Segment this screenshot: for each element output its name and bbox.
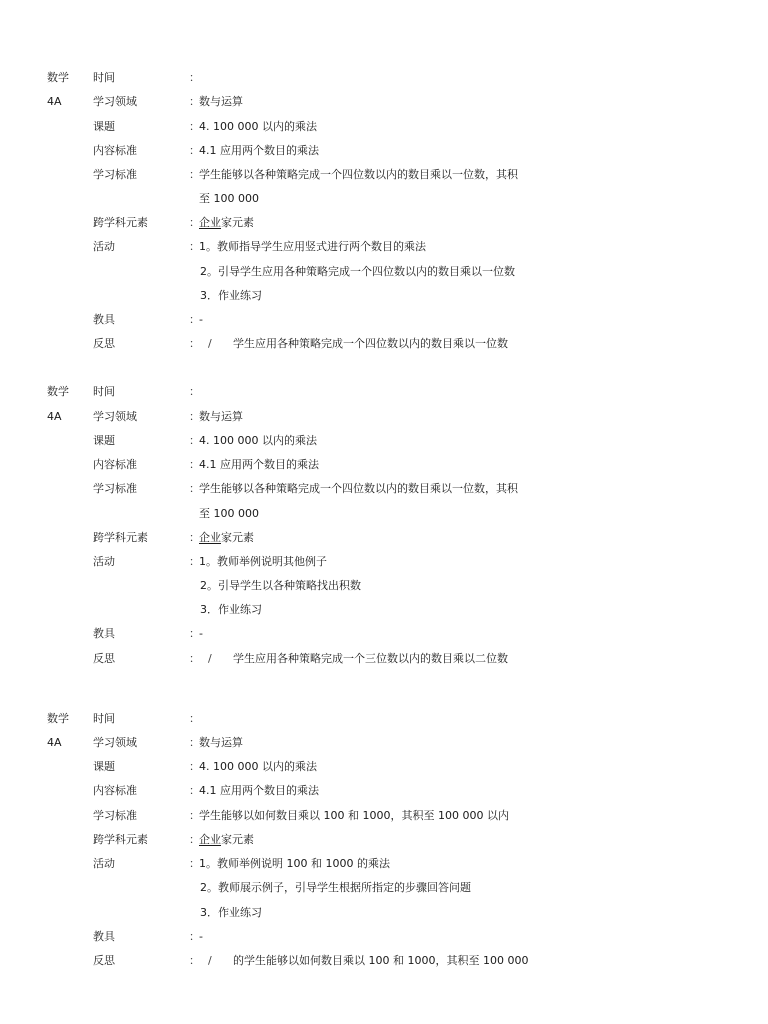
row-content-standard: 内容标准 ： 4.1 应用两个数目的乘法 [0, 456, 768, 474]
reflection-value: 学生应用各种策略完成一个三位数以内的数目乘以二位数 [233, 650, 508, 668]
learning-standard-label: 学习标准 [93, 166, 137, 184]
time-label: 时间 [93, 383, 115, 401]
row-reflection: 反思 ： / 学生应用各种策略完成一个三位数以内的数目乘以二位数 [0, 650, 768, 668]
row-learning-standard-cont: 至 100 000 [0, 190, 768, 208]
row-learning-standard: 学习标准 ： 学生能够以各种策略完成一个四位数以内的数目乘以一位数，其积 [0, 166, 768, 184]
row-content-standard: 内容标准 ： 4.1 应用两个数目的乘法 [0, 782, 768, 800]
learning-standard-value-line-1: 学生能够以如何数目乘以 100 和 1000，其积至 100 000 以内 [199, 807, 509, 825]
learning-standard-value-line-2: 至 100 000 [199, 190, 259, 208]
cross-curricular-underlined: 企业 [199, 833, 221, 846]
row-learning-standard: 学习标准 ： 学生能够以各种策略完成一个四位数以内的数目乘以一位数，其积 [0, 480, 768, 498]
activity-item-3: 3．作业练习 [200, 287, 262, 305]
tools-label: 教具 [93, 625, 115, 643]
content-standard-label: 内容标准 [93, 782, 137, 800]
reflection-label: 反思 [93, 650, 115, 668]
content-standard-label: 内容标准 [93, 142, 137, 160]
cross-curricular-value: 企业家元素 [199, 529, 254, 547]
row-activity-3: 3．作业练习 [0, 287, 768, 305]
content-standard-label: 内容标准 [93, 456, 137, 474]
row-tools: 教具 ： - [0, 311, 768, 329]
topic-label: 课题 [93, 118, 115, 136]
reflection-slash: / [208, 650, 212, 668]
time-label: 时间 [93, 69, 115, 87]
row-cross-curricular: 跨学科元素 ： 企业家元素 [0, 831, 768, 849]
tools-value: - [199, 311, 203, 329]
reflection-label: 反思 [93, 952, 115, 970]
topic-value: 4. 100 000 以内的乘法 [199, 758, 317, 776]
row-area: 4A 学习领域 ： 数与运算 [0, 93, 768, 111]
row-area: 4A 学习领域 ： 数与运算 [0, 734, 768, 752]
row-area: 4A 学习领域 ： 数与运算 [0, 408, 768, 426]
row-activity-1: 活动 ： 1。教师举例说明其他例子 [0, 553, 768, 571]
cross-curricular-label: 跨学科元素 [93, 529, 148, 547]
activity-label: 活动 [93, 855, 115, 873]
learning-standard-value-line-2: 至 100 000 [199, 505, 259, 523]
cross-curricular-rest: 家元素 [221, 531, 254, 544]
class-label: 4A [47, 93, 62, 111]
activity-item-1: 1。教师举例说明其他例子 [199, 553, 327, 571]
colon: ： [189, 335, 200, 353]
area-value: 数与运算 [199, 734, 243, 752]
learning-standard-value-line-1: 学生能够以各种策略完成一个四位数以内的数目乘以一位数，其积 [199, 480, 518, 498]
cross-curricular-value: 企业家元素 [199, 214, 254, 232]
cross-curricular-rest: 家元素 [221, 833, 254, 846]
content-standard-value: 4.1 应用两个数目的乘法 [199, 782, 319, 800]
topic-label: 课题 [93, 432, 115, 450]
row-activity-3: 3．作业练习 [0, 904, 768, 922]
colon: ： [189, 710, 200, 728]
row-time: 数学 时间 ： [0, 383, 768, 401]
row-topic: 课题 ： 4. 100 000 以内的乘法 [0, 758, 768, 776]
row-cross-curricular: 跨学科元素 ： 企业家元素 [0, 529, 768, 547]
row-topic: 课题 ： 4. 100 000 以内的乘法 [0, 432, 768, 450]
colon: ： [189, 383, 200, 401]
row-topic: 课题 ： 4. 100 000 以内的乘法 [0, 118, 768, 136]
learning-standard-value-line-1: 学生能够以各种策略完成一个四位数以内的数目乘以一位数，其积 [199, 166, 518, 184]
activity-label: 活动 [93, 238, 115, 256]
cross-curricular-label: 跨学科元素 [93, 831, 148, 849]
cross-curricular-rest: 家元素 [221, 216, 254, 229]
time-label: 时间 [93, 710, 115, 728]
subject-label: 数学 [47, 710, 69, 728]
row-tools: 教具 ： - [0, 625, 768, 643]
row-time: 数学 时间 ： [0, 710, 768, 728]
row-learning-standard: 学习标准 ： 学生能够以如何数目乘以 100 和 1000，其积至 100 00… [0, 807, 768, 825]
activity-item-3: 3．作业练习 [200, 904, 262, 922]
reflection-value: 的学生能够以如何数目乘以 100 和 1000，其积至 100 000 [233, 952, 528, 970]
row-activity-3: 3．作业练习 [0, 601, 768, 619]
activity-item-2: 2。引导学生以各种策略找出积数 [200, 577, 361, 595]
activity-item-1: 1。教师举例说明 100 和 1000 的乘法 [199, 855, 390, 873]
row-tools: 教具 ： - [0, 928, 768, 946]
content-standard-value: 4.1 应用两个数目的乘法 [199, 142, 319, 160]
activity-label: 活动 [93, 553, 115, 571]
row-activity-2: 2。引导学生以各种策略找出积数 [0, 577, 768, 595]
tools-value: - [199, 625, 203, 643]
topic-label: 课题 [93, 758, 115, 776]
activity-item-3: 3．作业练习 [200, 601, 262, 619]
row-activity-1: 活动 ： 1。教师指导学生应用竖式进行两个数目的乘法 [0, 238, 768, 256]
cross-curricular-underlined: 企业 [199, 216, 221, 229]
activity-item-2: 2。教师展示例子，引导学生根据所指定的步骤回答问题 [200, 879, 471, 897]
row-activity-1: 活动 ： 1。教师举例说明 100 和 1000 的乘法 [0, 855, 768, 873]
cross-curricular-label: 跨学科元素 [93, 214, 148, 232]
colon: ： [189, 952, 200, 970]
row-learning-standard-cont: 至 100 000 [0, 505, 768, 523]
activity-item-2: 2。引导学生应用各种策略完成一个四位数以内的数目乘以一位数 [200, 263, 515, 281]
topic-value: 4. 100 000 以内的乘法 [199, 432, 317, 450]
activity-item-1: 1。教师指导学生应用竖式进行两个数目的乘法 [199, 238, 426, 256]
colon: ： [189, 650, 200, 668]
reflection-value: 学生应用各种策略完成一个四位数以内的数目乘以一位数 [233, 335, 508, 353]
topic-value: 4. 100 000 以内的乘法 [199, 118, 317, 136]
area-label: 学习领域 [93, 734, 137, 752]
learning-standard-label: 学习标准 [93, 480, 137, 498]
subject-label: 数学 [47, 69, 69, 87]
row-activity-2: 2。教师展示例子，引导学生根据所指定的步骤回答问题 [0, 879, 768, 897]
reflection-slash: / [208, 335, 212, 353]
class-label: 4A [47, 734, 62, 752]
class-label: 4A [47, 408, 62, 426]
row-reflection: 反思 ： / 的学生能够以如何数目乘以 100 和 1000，其积至 100 0… [0, 952, 768, 970]
tools-label: 教具 [93, 311, 115, 329]
area-label: 学习领域 [93, 408, 137, 426]
row-cross-curricular: 跨学科元素 ： 企业家元素 [0, 214, 768, 232]
cross-curricular-underlined: 企业 [199, 531, 221, 544]
row-content-standard: 内容标准 ： 4.1 应用两个数目的乘法 [0, 142, 768, 160]
area-value: 数与运算 [199, 408, 243, 426]
row-reflection: 反思 ： / 学生应用各种策略完成一个四位数以内的数目乘以一位数 [0, 335, 768, 353]
content-standard-value: 4.1 应用两个数目的乘法 [199, 456, 319, 474]
reflection-label: 反思 [93, 335, 115, 353]
reflection-slash: / [208, 952, 212, 970]
tools-label: 教具 [93, 928, 115, 946]
area-label: 学习领域 [93, 93, 137, 111]
subject-label: 数学 [47, 383, 69, 401]
colon: ： [189, 69, 200, 87]
area-value: 数与运算 [199, 93, 243, 111]
learning-standard-label: 学习标准 [93, 807, 137, 825]
lesson-plan-page: 数学 时间 ： 4A 学习领域 ： 数与运算 课题 ： 4. 100 000 以… [0, 0, 768, 1024]
cross-curricular-value: 企业家元素 [199, 831, 254, 849]
row-activity-2: 2。引导学生应用各种策略完成一个四位数以内的数目乘以一位数 [0, 263, 768, 281]
row-time: 数学 时间 ： [0, 69, 768, 87]
tools-value: - [199, 928, 203, 946]
